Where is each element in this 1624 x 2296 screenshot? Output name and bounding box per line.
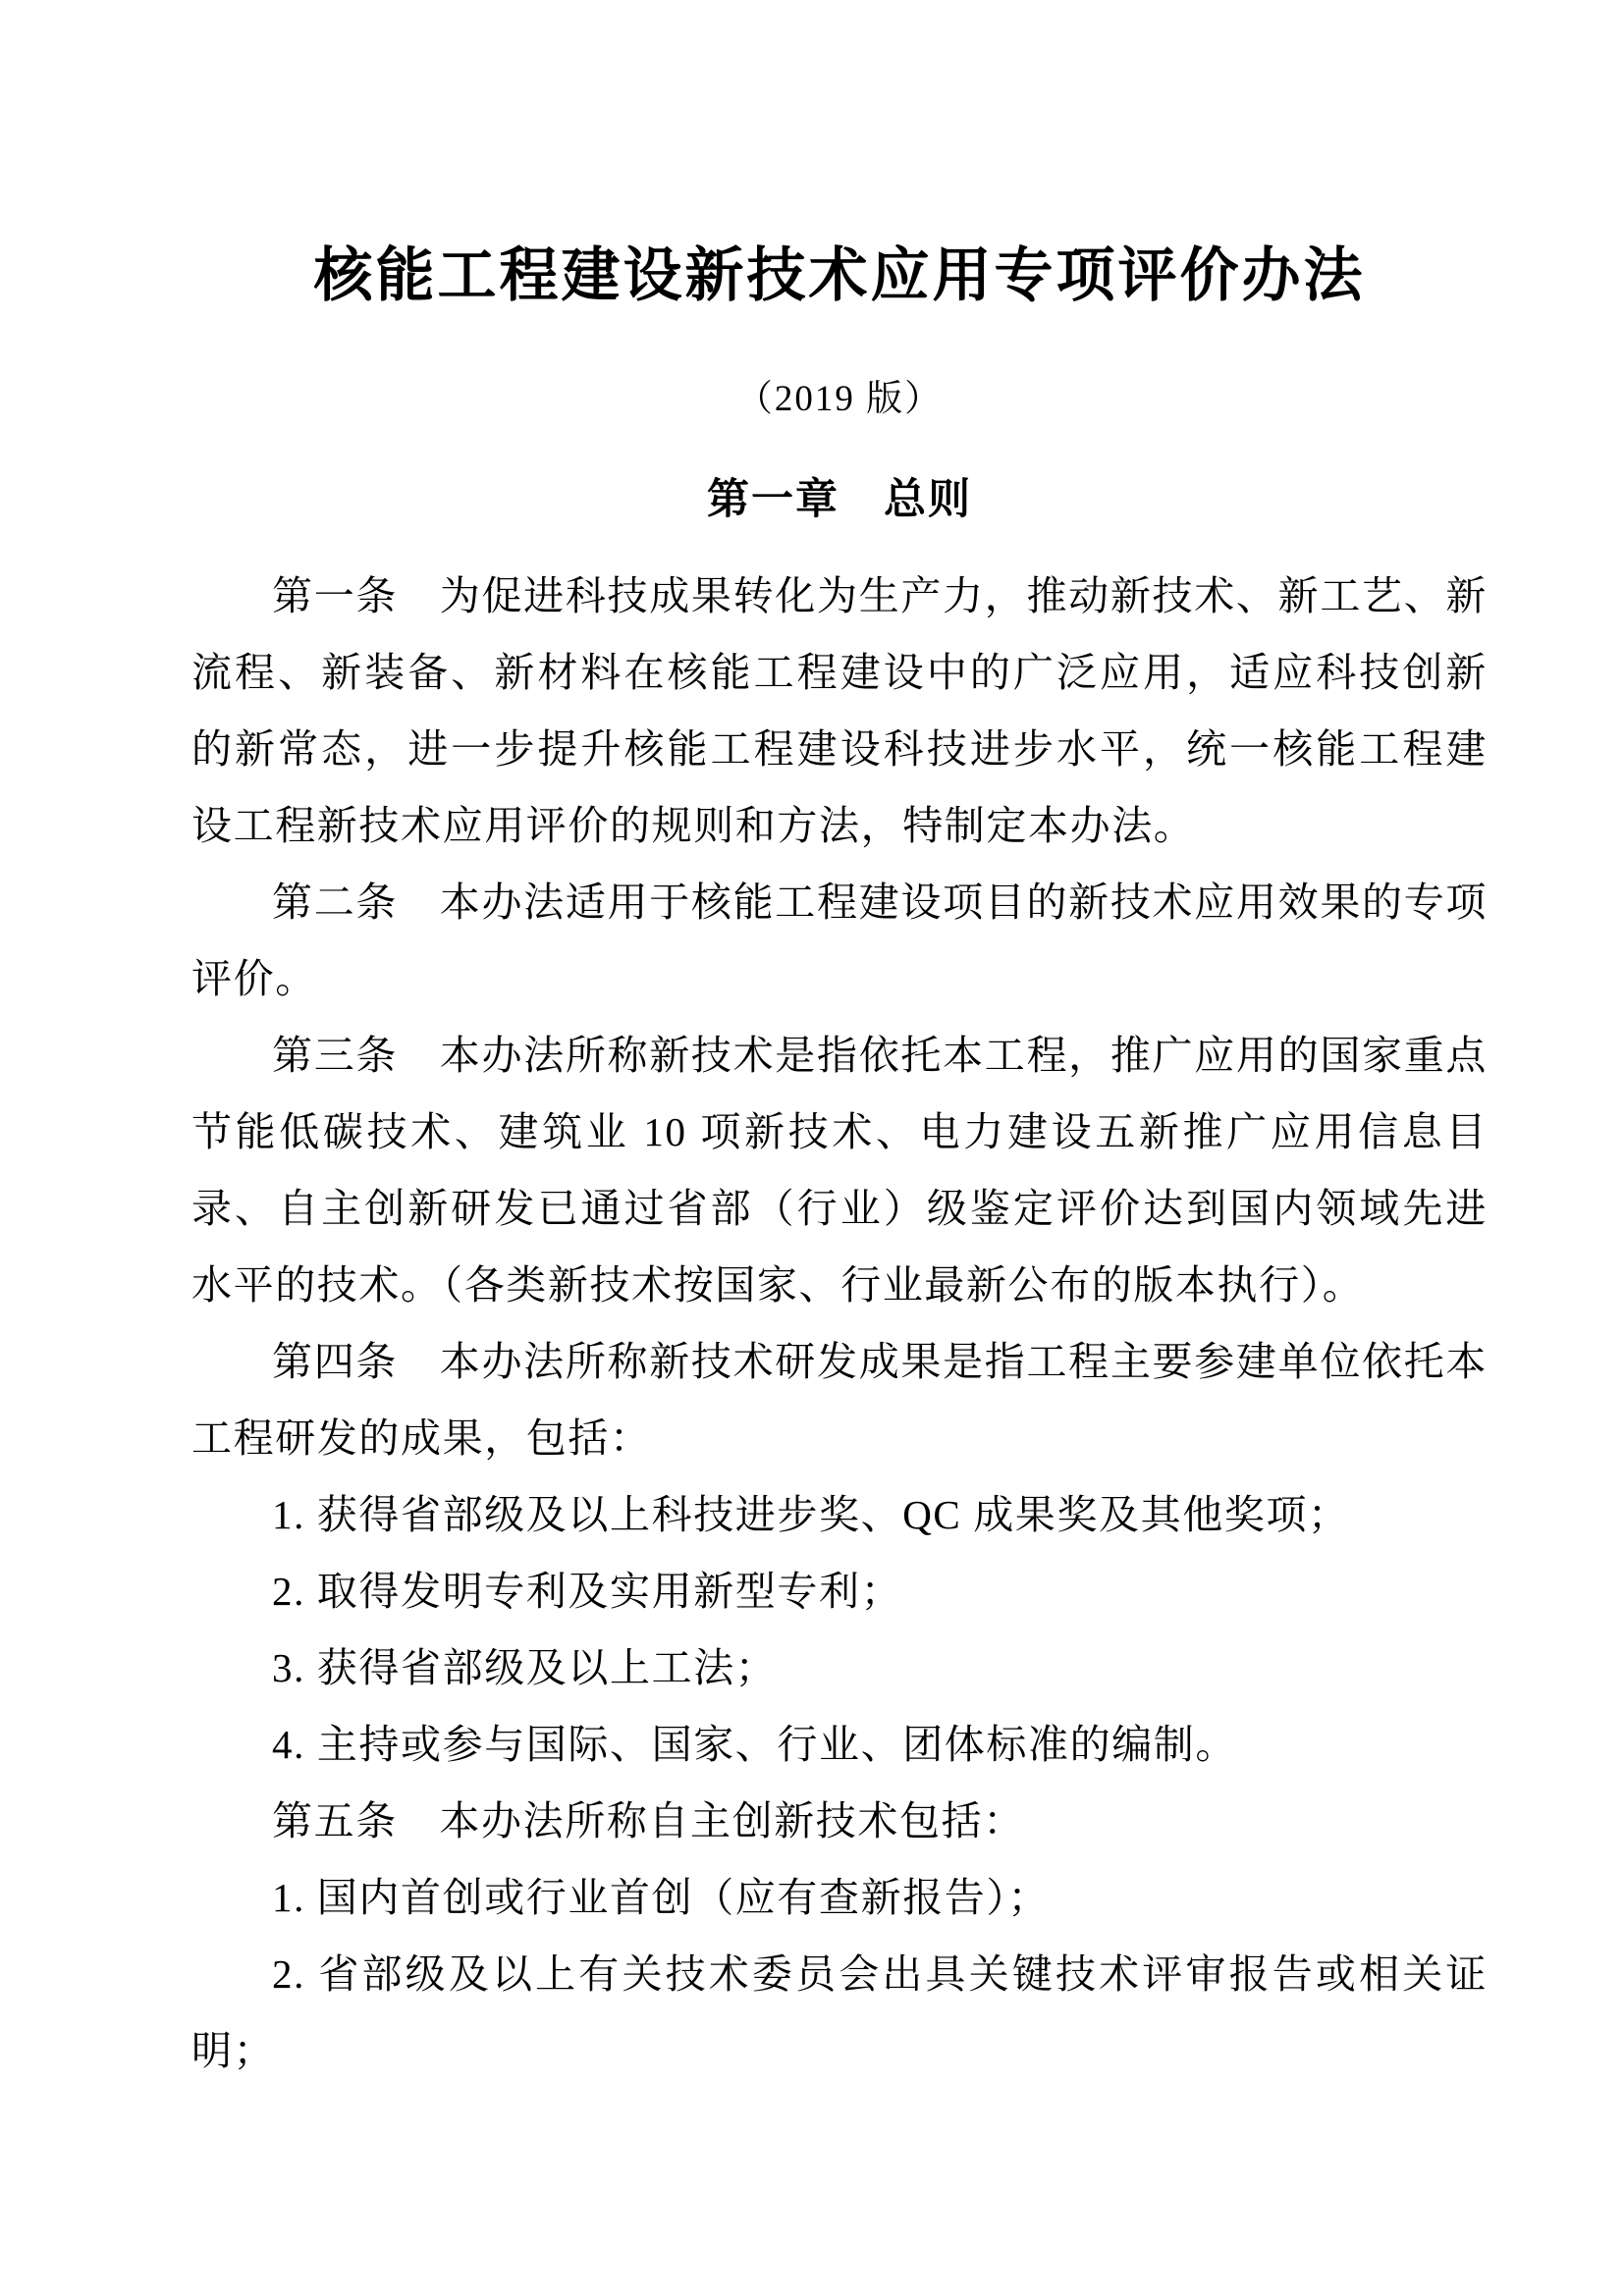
body-paragraph-article-4-item-1: 1. 获得省部级及以上科技进步奖、QC 成果奖及其他奖项；: [191, 1476, 1488, 1553]
document-title: 核能工程建设新技术应用专项评价办法: [191, 0, 1488, 311]
body-paragraph-article-3: 第三条 本办法所称新技术是指依托本工程，推广应用的国家重点节能低碳技术、建筑业 …: [191, 1017, 1488, 1323]
body-paragraph-article-5-item-1: 1. 国内首创或行业首创（应有查新报告）；: [191, 1859, 1488, 1936]
body-paragraph-article-5: 第五条 本办法所称自主创新技术包括：: [191, 1783, 1488, 1859]
document-body: 第一条 为促进科技成果转化为生产力，推动新技术、新工艺、新流程、新装备、新材料在…: [191, 558, 1488, 2089]
body-paragraph-article-4-item-4: 4. 主持或参与国际、国家、行业、团体标准的编制。: [191, 1706, 1488, 1783]
chapter-heading: 第一章 总则: [191, 474, 1488, 525]
body-paragraph-article-4: 第四条 本办法所称新技术研发成果是指工程主要参建单位依托本工程研发的成果，包括：: [191, 1323, 1488, 1476]
document-page: 核能工程建设新技术应用专项评价办法 （2019 版） 第一章 总则 第一条 为促…: [0, 0, 1624, 2296]
body-paragraph-article-1: 第一条 为促进科技成果转化为生产力，推动新技术、新工艺、新流程、新装备、新材料在…: [191, 558, 1488, 864]
body-paragraph-article-4-item-2: 2. 取得发明专利及实用新型专利；: [191, 1553, 1488, 1629]
body-paragraph-article-2: 第二条 本办法适用于核能工程建设项目的新技术应用效果的专项评价。: [191, 864, 1488, 1017]
body-paragraph-article-5-item-2: 2. 省部级及以上有关技术委员会出具关键技术评审报告或相关证明；: [191, 1936, 1488, 2089]
body-paragraph-article-4-item-3: 3. 获得省部级及以上工法；: [191, 1629, 1488, 1706]
document-subtitle: （2019 版）: [191, 377, 1488, 422]
